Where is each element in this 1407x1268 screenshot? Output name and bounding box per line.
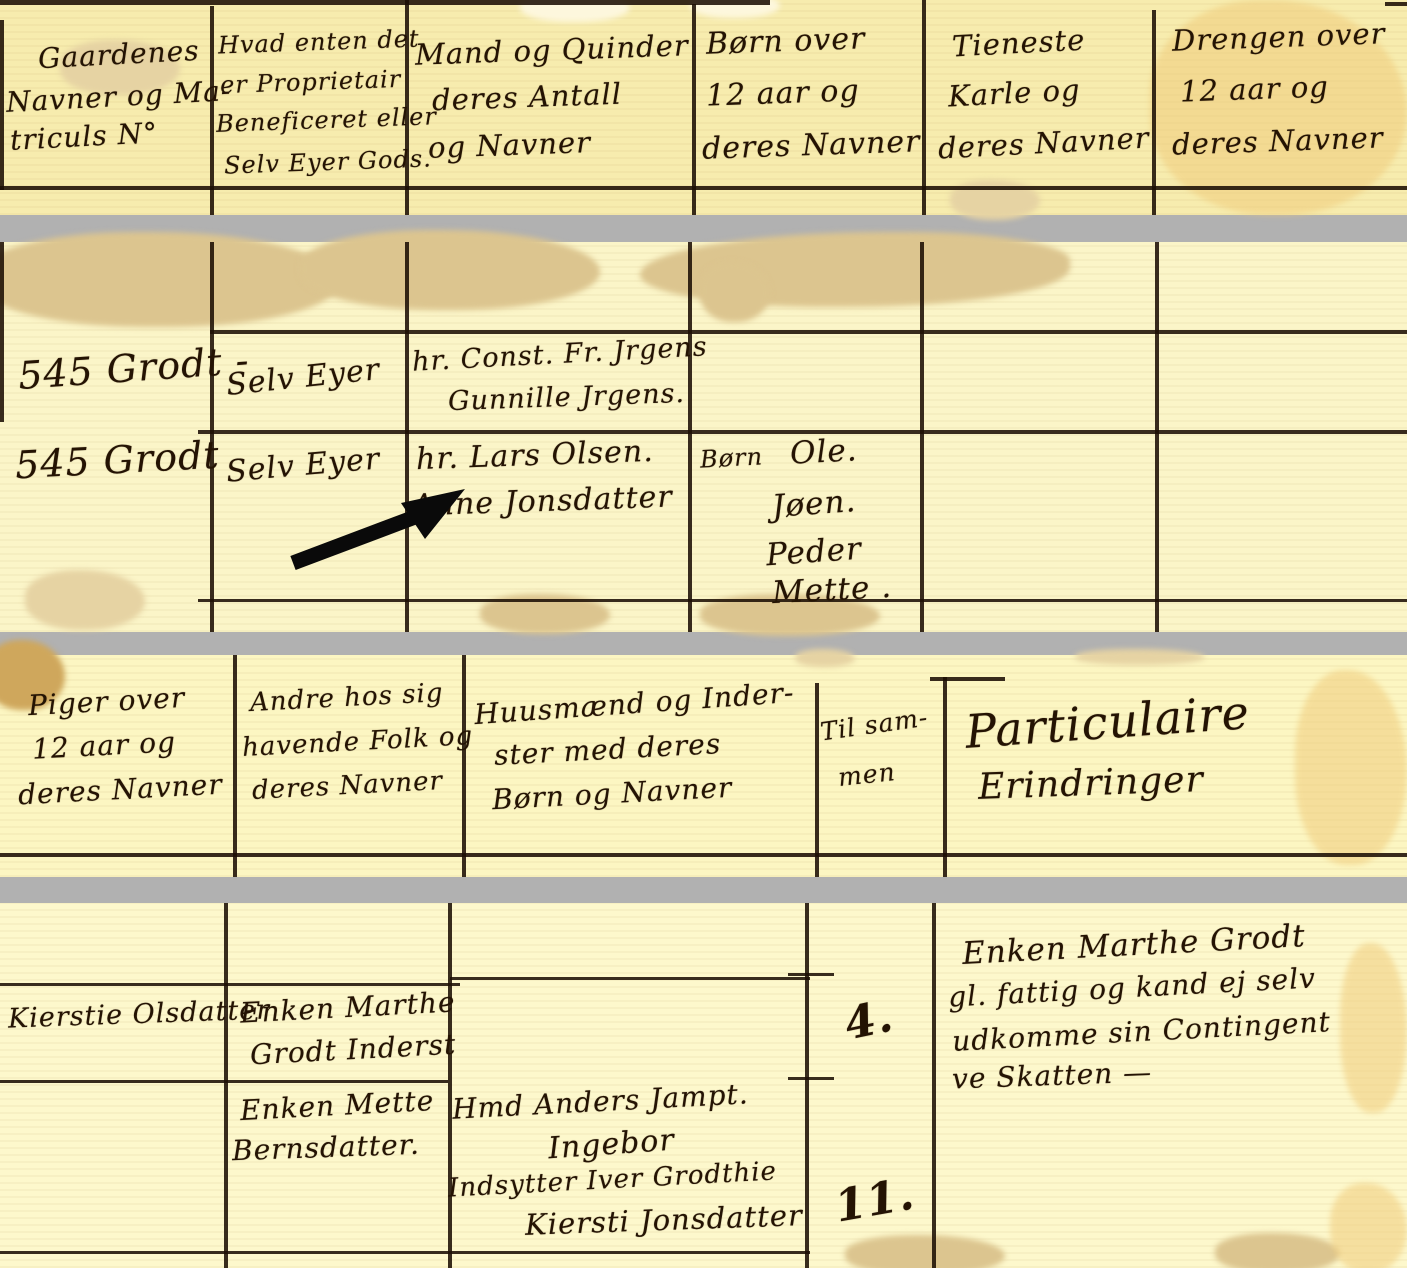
rows-strip-left-page: 545 Grodt - Selv Eyer hr. Const. Fr. Jrg… — [0, 242, 1407, 632]
row1-couple-line1: hr. Const. Fr. Jrgens — [411, 331, 708, 377]
header-farm-line3: triculs N° — [9, 116, 159, 157]
row2-total: 11. — [831, 1168, 918, 1232]
header-servants-line2: Karle og — [947, 73, 1081, 114]
header-total-line1: Til sam- — [819, 703, 930, 747]
grid-line-vertical — [943, 677, 947, 877]
row2-child-3: Peder — [765, 531, 863, 574]
header-children-line1: Børn over — [705, 21, 866, 62]
row2-farm-name: 545 Grodt — [14, 433, 221, 488]
grid-line-vertical — [224, 903, 228, 1268]
grid-line-horizontal — [930, 677, 1005, 681]
grid-line-vertical — [0, 242, 4, 422]
header-ownership-line2: er Proprietair — [220, 65, 402, 99]
row1-couple-line2: Gunnille Jrgens. — [448, 378, 686, 417]
grid-line-horizontal — [788, 973, 834, 976]
header-girls-line1: Piger over — [27, 681, 186, 722]
row1-remarks-line4: ve Skatten — — [951, 1056, 1152, 1096]
row1-others-line2: Grodt Inderst — [249, 1028, 457, 1072]
paper-stain — [700, 262, 770, 322]
grid-line-vertical — [0, 20, 4, 190]
header-total-line2: men — [837, 757, 897, 792]
header-girls-line3: deres Navner — [17, 768, 223, 812]
paper-stain — [795, 649, 855, 667]
paper-stain — [300, 230, 600, 310]
rows-strip-right-page: Kierstie Olsdatter Enken Marthe Grodt In… — [0, 903, 1407, 1268]
row2-children-label: Børn — [699, 442, 763, 473]
header-strip-left-page: Gaardenes Navner og Ma- triculs N° Hvad … — [0, 0, 1407, 215]
grid-line-horizontal — [0, 1251, 810, 1254]
header-others-line1: Andre hos sig — [249, 678, 444, 718]
header-servants-line1: Tieneste — [951, 23, 1086, 64]
grid-line-vertical — [692, 4, 696, 215]
row2-child-1: Ole. — [789, 432, 858, 471]
header-ownership-line1: Hvad enten det — [218, 24, 420, 59]
header-children-line2: 12 aar og — [705, 73, 860, 113]
header-cottagers-line3: Børn og Navner — [491, 771, 733, 817]
grid-line-vertical — [815, 683, 819, 877]
header-remarks-line2: Erindringer — [977, 759, 1204, 808]
row2-child-2: Jøen. — [771, 483, 858, 525]
grid-line-horizontal — [0, 186, 1407, 190]
row2-cottagers-line1: Hmd Anders Jampt. — [451, 1077, 749, 1125]
grid-line-horizontal — [198, 430, 1407, 434]
header-others-line3: deres Navner — [251, 766, 443, 806]
row1-girls: Kierstie Olsdatter — [8, 994, 271, 1034]
grid-line-vertical — [1155, 242, 1159, 632]
paper-stain — [1330, 1183, 1407, 1268]
row1-total: 4. — [840, 991, 897, 1051]
paper-stain — [845, 1235, 1005, 1268]
grid-line-vertical — [210, 6, 214, 215]
header-farm-line2: Navner og Ma- — [5, 74, 232, 119]
grid-line-vertical — [1152, 10, 1156, 215]
row2-couple-line1: hr. Lars Olsen. — [415, 434, 654, 477]
header-couple-line2: deres Antall — [431, 77, 622, 118]
header-boys-line2: 12 aar og — [1179, 69, 1329, 108]
paper-stain — [1075, 649, 1205, 665]
grid-line-horizontal — [210, 330, 1407, 334]
grid-line-horizontal — [0, 983, 460, 986]
grid-line-vertical — [233, 655, 237, 877]
row1-others-line1: Enken Marthe — [239, 985, 456, 1029]
row2-child-4: Mette . — [771, 569, 893, 611]
grid-line-vertical — [805, 903, 809, 1268]
paper-stain — [25, 570, 145, 630]
row2-cottagers-line2: Ingebor — [547, 1123, 676, 1167]
row2-cottagers-line3: Indsytter Iver Grodthie — [447, 1156, 777, 1203]
grid-line-vertical — [448, 903, 452, 1268]
grid-line-vertical — [920, 242, 924, 632]
header-others-line2: havende Folk og — [241, 721, 474, 763]
grid-line-horizontal — [1385, 2, 1407, 6]
header-children-line3: deres Navner — [701, 124, 921, 167]
paper-stain — [1215, 1233, 1340, 1268]
paper-stain — [1295, 670, 1407, 865]
annotation-arrow-icon — [275, 477, 475, 577]
header-strip-right-page: Piger over 12 aar og deres Navner Andre … — [0, 655, 1407, 877]
grid-line-horizontal — [450, 977, 810, 980]
row1-remarks-line3: udkomme sin Contingent — [951, 1005, 1331, 1058]
header-servants-line3: deres Navner — [937, 120, 1150, 165]
header-couple-line3: og Navner — [427, 125, 591, 165]
header-couple-line1: Mand og Quinder — [414, 28, 689, 72]
grid-line-vertical — [462, 655, 466, 877]
grid-line-horizontal — [788, 1077, 834, 1080]
header-remarks-line1: Particulaire — [963, 685, 1251, 759]
grid-line-vertical — [688, 242, 692, 632]
header-girls-line2: 12 aar og — [31, 725, 177, 765]
paper-stain — [1340, 943, 1407, 1113]
row2-others-line2: Bernsdatter. — [231, 1128, 420, 1168]
header-cottagers-line2: ster med deres — [493, 727, 722, 772]
grid-line-vertical — [932, 903, 936, 1268]
row1-farm-name: 545 Grodt - — [17, 338, 251, 398]
grid-line-vertical — [922, 0, 926, 215]
row2-cottagers-line4: Kiersti Jonsdatter — [524, 1198, 803, 1242]
grid-line-horizontal — [0, 0, 770, 5]
row2-others-line1: Enken Mette — [239, 1084, 435, 1127]
header-cottagers-line1: Huusmænd og Inder- — [473, 676, 795, 731]
header-ownership-line4: Selv Eyer Gods. — [224, 144, 433, 179]
grid-line-horizontal — [0, 1080, 448, 1083]
grid-line-horizontal — [0, 853, 1407, 857]
paper-stain — [0, 232, 340, 327]
scanned-document: Gaardenes Navner og Ma- triculs N° Hvad … — [0, 0, 1407, 1268]
